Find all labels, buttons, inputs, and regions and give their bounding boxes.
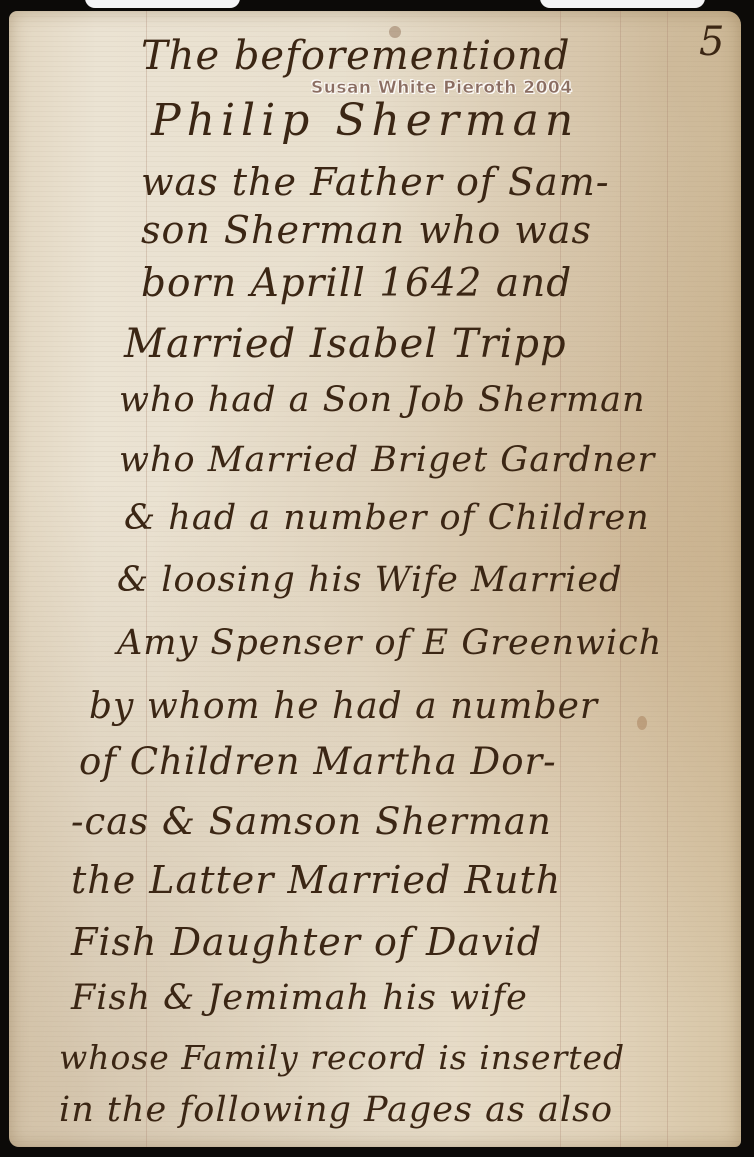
- ruled-column-line: [667, 11, 668, 1147]
- manuscript-line: Amy Spenser of E Greenwich: [117, 626, 662, 661]
- manuscript-line: who had a Son Job Sherman: [119, 383, 646, 418]
- manuscript-line: whose Family record is inserted: [59, 1041, 625, 1074]
- top-right-tab: [540, 0, 705, 8]
- manuscript-line: Fish & Jemimah his wife: [71, 981, 528, 1016]
- top-left-tab: [85, 0, 240, 8]
- manuscript-line: the Latter Married Ruth: [71, 861, 561, 899]
- manuscript-line: was the Father of Sam-: [141, 163, 610, 201]
- paper-stain: [637, 716, 647, 730]
- manuscript-line: of Children Martha Dor-: [79, 743, 557, 780]
- manuscript-line: & loosing his Wife Married: [117, 563, 623, 598]
- manuscript-line: born Aprill 1642 and: [141, 264, 572, 303]
- copyright-watermark: Susan White Pieroth 2004: [311, 78, 573, 98]
- manuscript-line: -cas & Samson Sherman: [71, 803, 552, 840]
- manuscript-line: who Married Briget Gardner: [119, 443, 655, 478]
- manuscript-line: son Sherman who was: [141, 211, 592, 249]
- manuscript-line: The beforementiond: [141, 36, 570, 76]
- manuscript-line: Fish Daughter of David: [71, 923, 542, 961]
- manuscript-page: 5 The beforementiond Philip Sherman was …: [9, 11, 741, 1147]
- manuscript-line: by whom he had a number: [89, 689, 598, 725]
- page-number: 5: [699, 19, 724, 65]
- manuscript-line: in the following Pages as also: [59, 1093, 613, 1128]
- manuscript-line: Philip Sherman: [151, 99, 579, 143]
- manuscript-line: & had a number of Children: [124, 501, 650, 536]
- manuscript-line: Married Isabel Tripp: [124, 324, 567, 364]
